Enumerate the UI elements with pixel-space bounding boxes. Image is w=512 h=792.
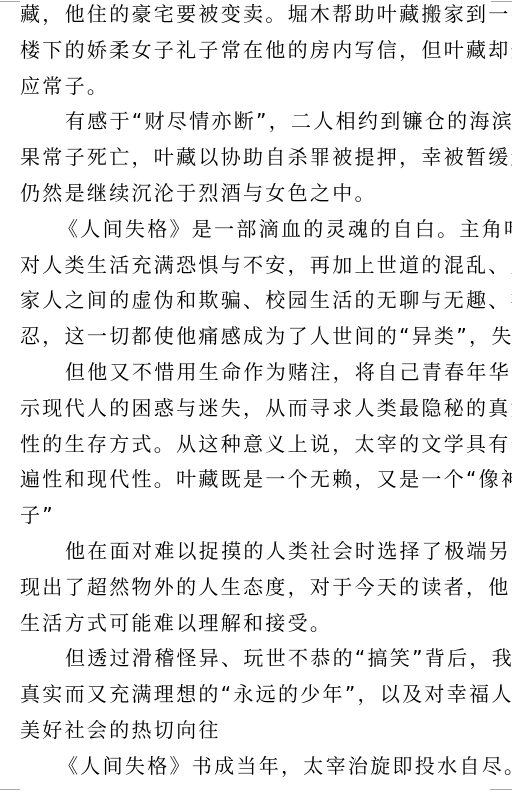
- text-line: 但他又不惜用生命作为赌注，将自己青春年华置于实验台上以揭: [20, 355, 494, 391]
- text-line: 《人间失格》书成当年，太宰治旋即投水自尽。这部遗作，也因: [20, 749, 494, 785]
- text-line: 他在面对难以捉摸的人类社会时选择了极端另类的生活方式，表: [20, 534, 494, 570]
- text-line: 仍然是继续沉沦于烈酒与女色之中。: [20, 176, 494, 212]
- text-line: 应常子。: [20, 69, 494, 105]
- document-body: 藏，他住的豪宅要被变卖。堀木帮助叶藏搬家到一间陈旧宿舍，住在 楼下的娇柔女子礼子…: [20, 0, 494, 785]
- crop-mark-bottom-right: [490, 789, 512, 790]
- text-line: 《人间失格》是一部滴血的灵魂的自白。主角叶藏生性怯懦敏感，: [20, 212, 494, 248]
- paragraph-4: 但他又不惜用生命作为赌注，将自己青春年华置于实验台上以揭 示现代人的困惑与迷失，…: [20, 355, 494, 534]
- text-line: 美好社会的热切向往: [20, 713, 494, 749]
- text-line: 示现代人的困惑与迷失，从而寻求人类最隐秘的真实性和人类员本源: [20, 391, 494, 427]
- paragraph-7: 《人间失格》书成当年，太宰治旋即投水自尽。这部遗作，也因: [20, 749, 494, 785]
- text-line: 有感于“财尽情亦断”，二人相约到镰仓的海滨一同投水自尽。结: [20, 104, 494, 140]
- crop-mark-top-left: [0, 1, 20, 2]
- paragraph-1: 藏，他住的豪宅要被变卖。堀木帮助叶藏搬家到一间陈旧宿舍，住在 楼下的娇柔女子礼子…: [20, 0, 494, 104]
- text-line: 忍，这一切都使他痛感成为了人世间的“异类”，失去了为人的资格。: [20, 319, 494, 355]
- text-line: 子”: [20, 498, 494, 534]
- paragraph-3: 《人间失格》是一部滴血的灵魂的自白。主角叶藏生性怯懦敏感， 对人类生活充满恐惧与…: [20, 212, 494, 355]
- paragraph-5: 他在面对难以捉摸的人类社会时选择了极端另类的生活方式，表 现出了超然物外的人生态…: [20, 534, 494, 641]
- text-line: 藏，他住的豪宅要被变卖。堀木帮助叶藏搬家到一间陈旧宿舍，住在: [20, 0, 494, 33]
- text-line: 但透过滑稽怪异、玩世不恭的“搞笑”背后，我们能够看到一个: [20, 641, 494, 677]
- paragraph-6: 但透过滑稽怪异、玩世不恭的“搞笑”背后，我们能够看到一个 真实而又充满理想的“永…: [20, 641, 494, 748]
- text-line: 真实而又充满理想的“永远的少年”，以及对幸福人生的执着追求和: [20, 677, 494, 713]
- paragraph-2: 有感于“财尽情亦断”，二人相约到镰仓的海滨一同投水自尽。结 果常子死亡，叶藏以协…: [20, 104, 494, 211]
- text-line: 生活方式可能难以理解和接受。: [20, 606, 494, 642]
- text-line: 现出了超然物外的人生态度，对于今天的读者，他的这种人生态度和: [20, 570, 494, 606]
- text-line: 楼下的娇柔女子礼子常在他的房内写信，但叶藏却爱上咖啡店的女侍: [20, 33, 494, 69]
- crop-mark-bottom-left: [0, 789, 20, 790]
- text-line: 性的生存方式。从这种意义上说，太宰的文学具有一种超越时空的普: [20, 427, 494, 463]
- text-line: 果常子死亡，叶藏以协助自杀罪被提押，幸被暂缓起诉。后来，叶藏: [20, 140, 494, 176]
- text-line: 家人之间的虚伪和欺骗、校园生活的无聊与无趣、社会现实的冷酷残: [20, 283, 494, 319]
- text-line: 遍性和现代性。叶藏既是一个无赖，又是一个“像神一样纯正的好孩: [20, 462, 494, 498]
- text-line: 对人类生活充满恐惧与不安，再加上世道的混乱、人情的炎凉，以及: [20, 248, 494, 284]
